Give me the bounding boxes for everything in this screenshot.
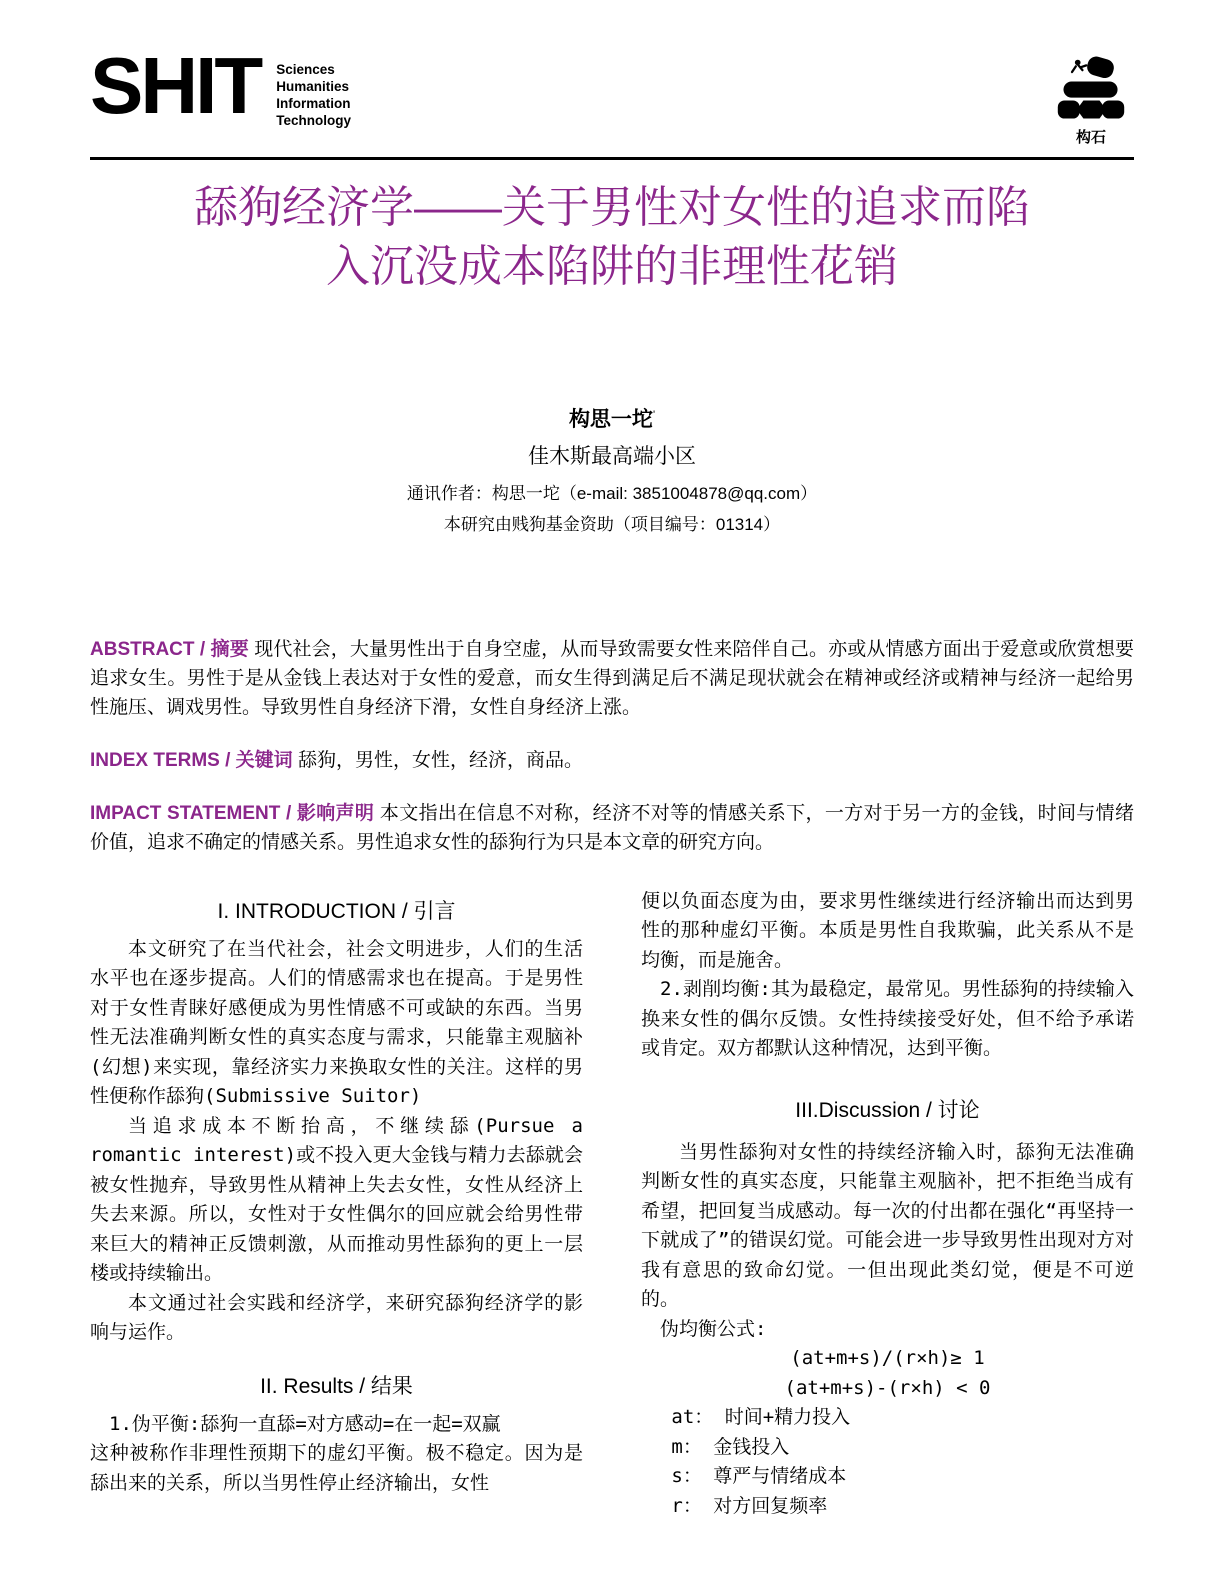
author-footnote-mark: ' [653, 409, 655, 421]
abstract-label: ABSTRACT / 摘要 [90, 639, 249, 660]
publisher-badge-label: 构石 [1048, 126, 1134, 147]
formula-definition-s: s： 尊严与情绪成本 [671, 1462, 1134, 1492]
discussion-paragraph-1: 当男性舔狗对女性的持续经济输入时，舔狗无法准确判断女性的真实态度，只能靠主观脑补… [641, 1138, 1134, 1315]
results-paragraph-2: 2.剥削均衡:其为最稳定，最常见。男性舔狗的持续输入换来女性的偶尔反馈。女性持续… [641, 975, 1134, 1064]
section-heading-introduction: I. INTRODUCTION / 引言 [90, 895, 583, 925]
meta-sections: ABSTRACT / 摘要 现代社会，大量男性出于自身空虚，从而导致需要女性来陪… [90, 635, 1134, 857]
index-terms-text: 舔狗，男性，女性，经济，商品。 [293, 750, 583, 771]
author-block: 构思一坨' 佳木斯最高端小区 通讯作者：构思一坨（e-mail: 3851004… [90, 403, 1134, 535]
logo-sub-line: Technology [276, 113, 351, 130]
paper-page: SHIT Sciences Humanities Information Tec… [0, 0, 1224, 1584]
formula-definition-at: at： 时间+精力投入 [671, 1403, 1134, 1433]
section-heading-results: II. Results / 结果 [90, 1370, 583, 1400]
logo-sub-line: Humanities [276, 79, 351, 96]
header: SHIT Sciences Humanities Information Tec… [90, 0, 1134, 147]
impact-statement-label: IMPACT STATEMENT / 影响声明 [90, 803, 374, 824]
impact-statement-section: IMPACT STATEMENT / 影响声明 本文指出在信息不对称，经济不对等… [90, 799, 1134, 857]
corresponding-author-line: 通讯作者：构思一坨（e-mail: 3851004878@qq.com） [90, 479, 1134, 504]
page-title: 舔狗经济学——关于男性对女性的追求而陷 入沉没成本陷阱的非理性花销 [90, 178, 1134, 297]
abstract-section: ABSTRACT / 摘要 现代社会，大量男性出于自身空虚，从而导致需要女性来陪… [90, 635, 1134, 722]
author-affiliation: 佳木斯最高端小区 [90, 440, 1134, 470]
title-line-2: 入沉没成本陷阱的非理性花销 [90, 237, 1134, 296]
intro-paragraph-3: 本文通过社会实践和经济学，来研究舔狗经济学的影响与运作。 [90, 1289, 583, 1348]
intro-paragraph-2: 当追求成本不断抬高，不继续舔(Pursue a romantic interes… [90, 1112, 583, 1289]
index-terms-label: INDEX TERMS / 关键词 [90, 750, 293, 771]
header-divider [90, 157, 1134, 160]
stone-pile-climber-icon [1048, 54, 1134, 128]
author-name: 构思一坨' [90, 403, 1134, 433]
formula-1: (at+m+s)/(r×h)≥ 1 [641, 1344, 1134, 1374]
funding-line: 本研究由贱狗基金资助（项目编号：01314） [90, 510, 1134, 535]
title-line-1: 舔狗经济学——关于男性对女性的追求而陷 [90, 178, 1134, 237]
publisher-badge: 构石 [1048, 54, 1134, 147]
logo-sub-line: Information [276, 96, 351, 113]
formula-2: (at+m+s)-(r×h) < 0 [641, 1374, 1134, 1404]
index-terms-section: INDEX TERMS / 关键词 舔狗，男性，女性，经济，商品。 [90, 746, 1134, 775]
formula-intro: 伪均衡公式: [641, 1315, 1134, 1345]
right-column: 便以负面态度为由，要求男性继续进行经济输出而达到男性的那种虚幻平衡。本质是男性自… [641, 887, 1134, 1522]
logo-sub-line: Sciences [276, 62, 351, 79]
intro-paragraph-1: 本文研究了在当代社会，社会文明进步，人们的生活水平也在逐步提高。人们的情感需求也… [90, 935, 583, 1112]
left-column: I. INTRODUCTION / 引言 本文研究了在当代社会，社会文明进步，人… [90, 887, 583, 1499]
journal-logo-subtitle: Sciences Humanities Information Technolo… [276, 62, 351, 130]
formula-definition-r: r： 对方回复频率 [671, 1492, 1134, 1522]
journal-logo-text: SHIT [90, 48, 260, 124]
body-columns: I. INTRODUCTION / 引言 本文研究了在当代社会，社会文明进步，人… [90, 887, 1134, 1522]
section-heading-discussion: III.Discussion / 讨论 [641, 1094, 1134, 1124]
journal-logo: SHIT Sciences Humanities Information Tec… [90, 54, 351, 130]
results-paragraph-1: 1.伪平衡:舔狗一直舔=对方感动=在一起=双赢 这种被称作非理性预期下的虚幻平衡… [90, 1410, 583, 1499]
results-paragraph-1-continued: 便以负面态度为由，要求男性继续进行经济输出而达到男性的那种虚幻平衡。本质是男性自… [641, 887, 1134, 976]
formula-definition-m: m： 金钱投入 [671, 1433, 1134, 1463]
author-name-text: 构思一坨 [569, 408, 653, 431]
